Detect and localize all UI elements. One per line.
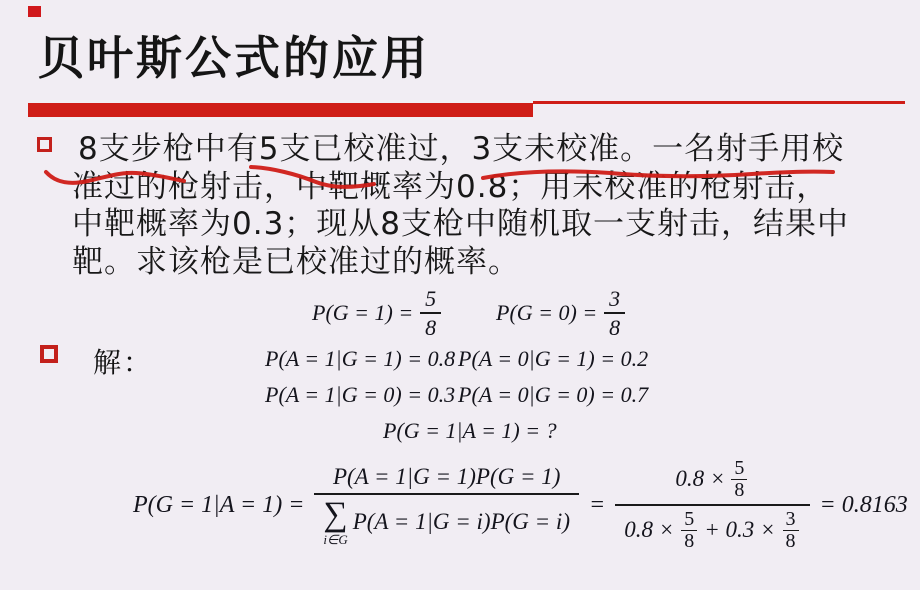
bullet-square-solution — [40, 345, 58, 363]
bayes-denominator: ∑ i∈G P(A = 1|G = i)P(G = i) — [314, 493, 579, 546]
numeric-den-plus-term: + 0.3 × — [704, 517, 775, 543]
numeric-den-minifraction2: 3 8 — [783, 509, 799, 552]
prior-g1-lhs: P(G = 1) = — [312, 300, 413, 326]
numeric-numerator: 0.8 × 5 8 — [666, 458, 758, 504]
mini-num: 3 — [786, 509, 796, 530]
mini-den: 8 — [783, 530, 799, 552]
conditional-a0-g0: P(A = 0|G = 0) = 0.7 — [458, 382, 648, 408]
title-underline-rule — [533, 101, 905, 104]
conditional-a0-g1: P(A = 0|G = 1) = 0.2 — [458, 346, 648, 372]
mini-den: 8 — [681, 530, 697, 552]
sum-index: i∈G — [323, 533, 347, 546]
numeric-num-minifraction: 5 8 — [731, 458, 747, 501]
bullet-square-problem — [37, 137, 52, 152]
final-bayes-formula: P(G = 1|A = 1) = P(A = 1|G = 1)P(G = 1) … — [133, 441, 908, 569]
summation-block: ∑ i∈G — [323, 498, 347, 546]
recording-indicator — [28, 6, 41, 17]
prior-g0-numerator: 3 — [604, 286, 625, 312]
problem-line-3: 中靶概率为0.3；现从8支枪中随机取一支射击，结果中 — [72, 206, 849, 244]
slide-title: 贝叶斯公式的应用 — [38, 22, 430, 88]
presentation-slide: 贝叶斯公式的应用 8支步枪中有5支已校准过，3支未校准。一名射手用校 准过的枪射… — [0, 0, 920, 590]
solution-label: 解： — [93, 341, 153, 381]
final-lhs: P(G = 1|A = 1) = — [133, 492, 304, 519]
final-result: = 0.8163 — [820, 492, 908, 519]
prior-g1-fraction: 5 8 — [420, 286, 441, 341]
conditional-a1-g1: P(A = 1|G = 1) = 0.8 — [265, 346, 455, 372]
bayes-fraction: P(A = 1|G = 1)P(G = 1) ∑ i∈G P(A = 1|G =… — [314, 464, 579, 546]
prior-g0-denominator: 8 — [604, 312, 625, 340]
sum-symbol: ∑ — [323, 498, 347, 532]
prior-formula-g1: P(G = 1) = 5 8 — [312, 286, 441, 341]
title-underline-bar — [28, 103, 533, 117]
prior-g1-denominator: 8 — [420, 312, 441, 340]
numeric-denominator: 0.8 × 5 8 + 0.3 × 3 8 — [615, 504, 809, 552]
prior-g1-numerator: 5 — [420, 286, 441, 312]
problem-line-1: 8支步枪中有5支已校准过，3支未校准。一名射手用校 — [72, 131, 849, 169]
mini-den: 8 — [731, 479, 747, 501]
mini-num: 5 — [734, 458, 744, 479]
prior-formula-g0: P(G = 0) = 3 8 — [496, 286, 625, 341]
numeric-num-coef: 0.8 × — [675, 466, 725, 492]
problem-statement: 8支步枪中有5支已校准过，3支未校准。一名射手用校 准过的枪射击，中靶概率为0.… — [72, 131, 849, 281]
conditional-a1-g0: P(A = 1|G = 0) = 0.3 — [265, 382, 455, 408]
equals-sign: = — [589, 492, 605, 519]
prior-g0-fraction: 3 8 — [604, 286, 625, 341]
problem-line-4: 靶。求该枪是已校准过的概率。 — [72, 244, 849, 282]
problem-line-2: 准过的枪射击，中靶概率为0.8；用未校准的枪射击， — [72, 169, 849, 207]
numeric-den-minifraction1: 5 8 — [681, 509, 697, 552]
bayes-denominator-terms: P(A = 1|G = i)P(G = i) — [353, 509, 570, 535]
bayes-numerator: P(A = 1|G = 1)P(G = 1) — [324, 464, 569, 493]
prior-g0-lhs: P(G = 0) = — [496, 300, 597, 326]
numeric-fraction: 0.8 × 5 8 0.8 × 5 8 + 0.3 × 3 8 — [615, 458, 809, 552]
numeric-den-coef1: 0.8 × — [624, 517, 674, 543]
mini-num: 5 — [684, 509, 694, 530]
